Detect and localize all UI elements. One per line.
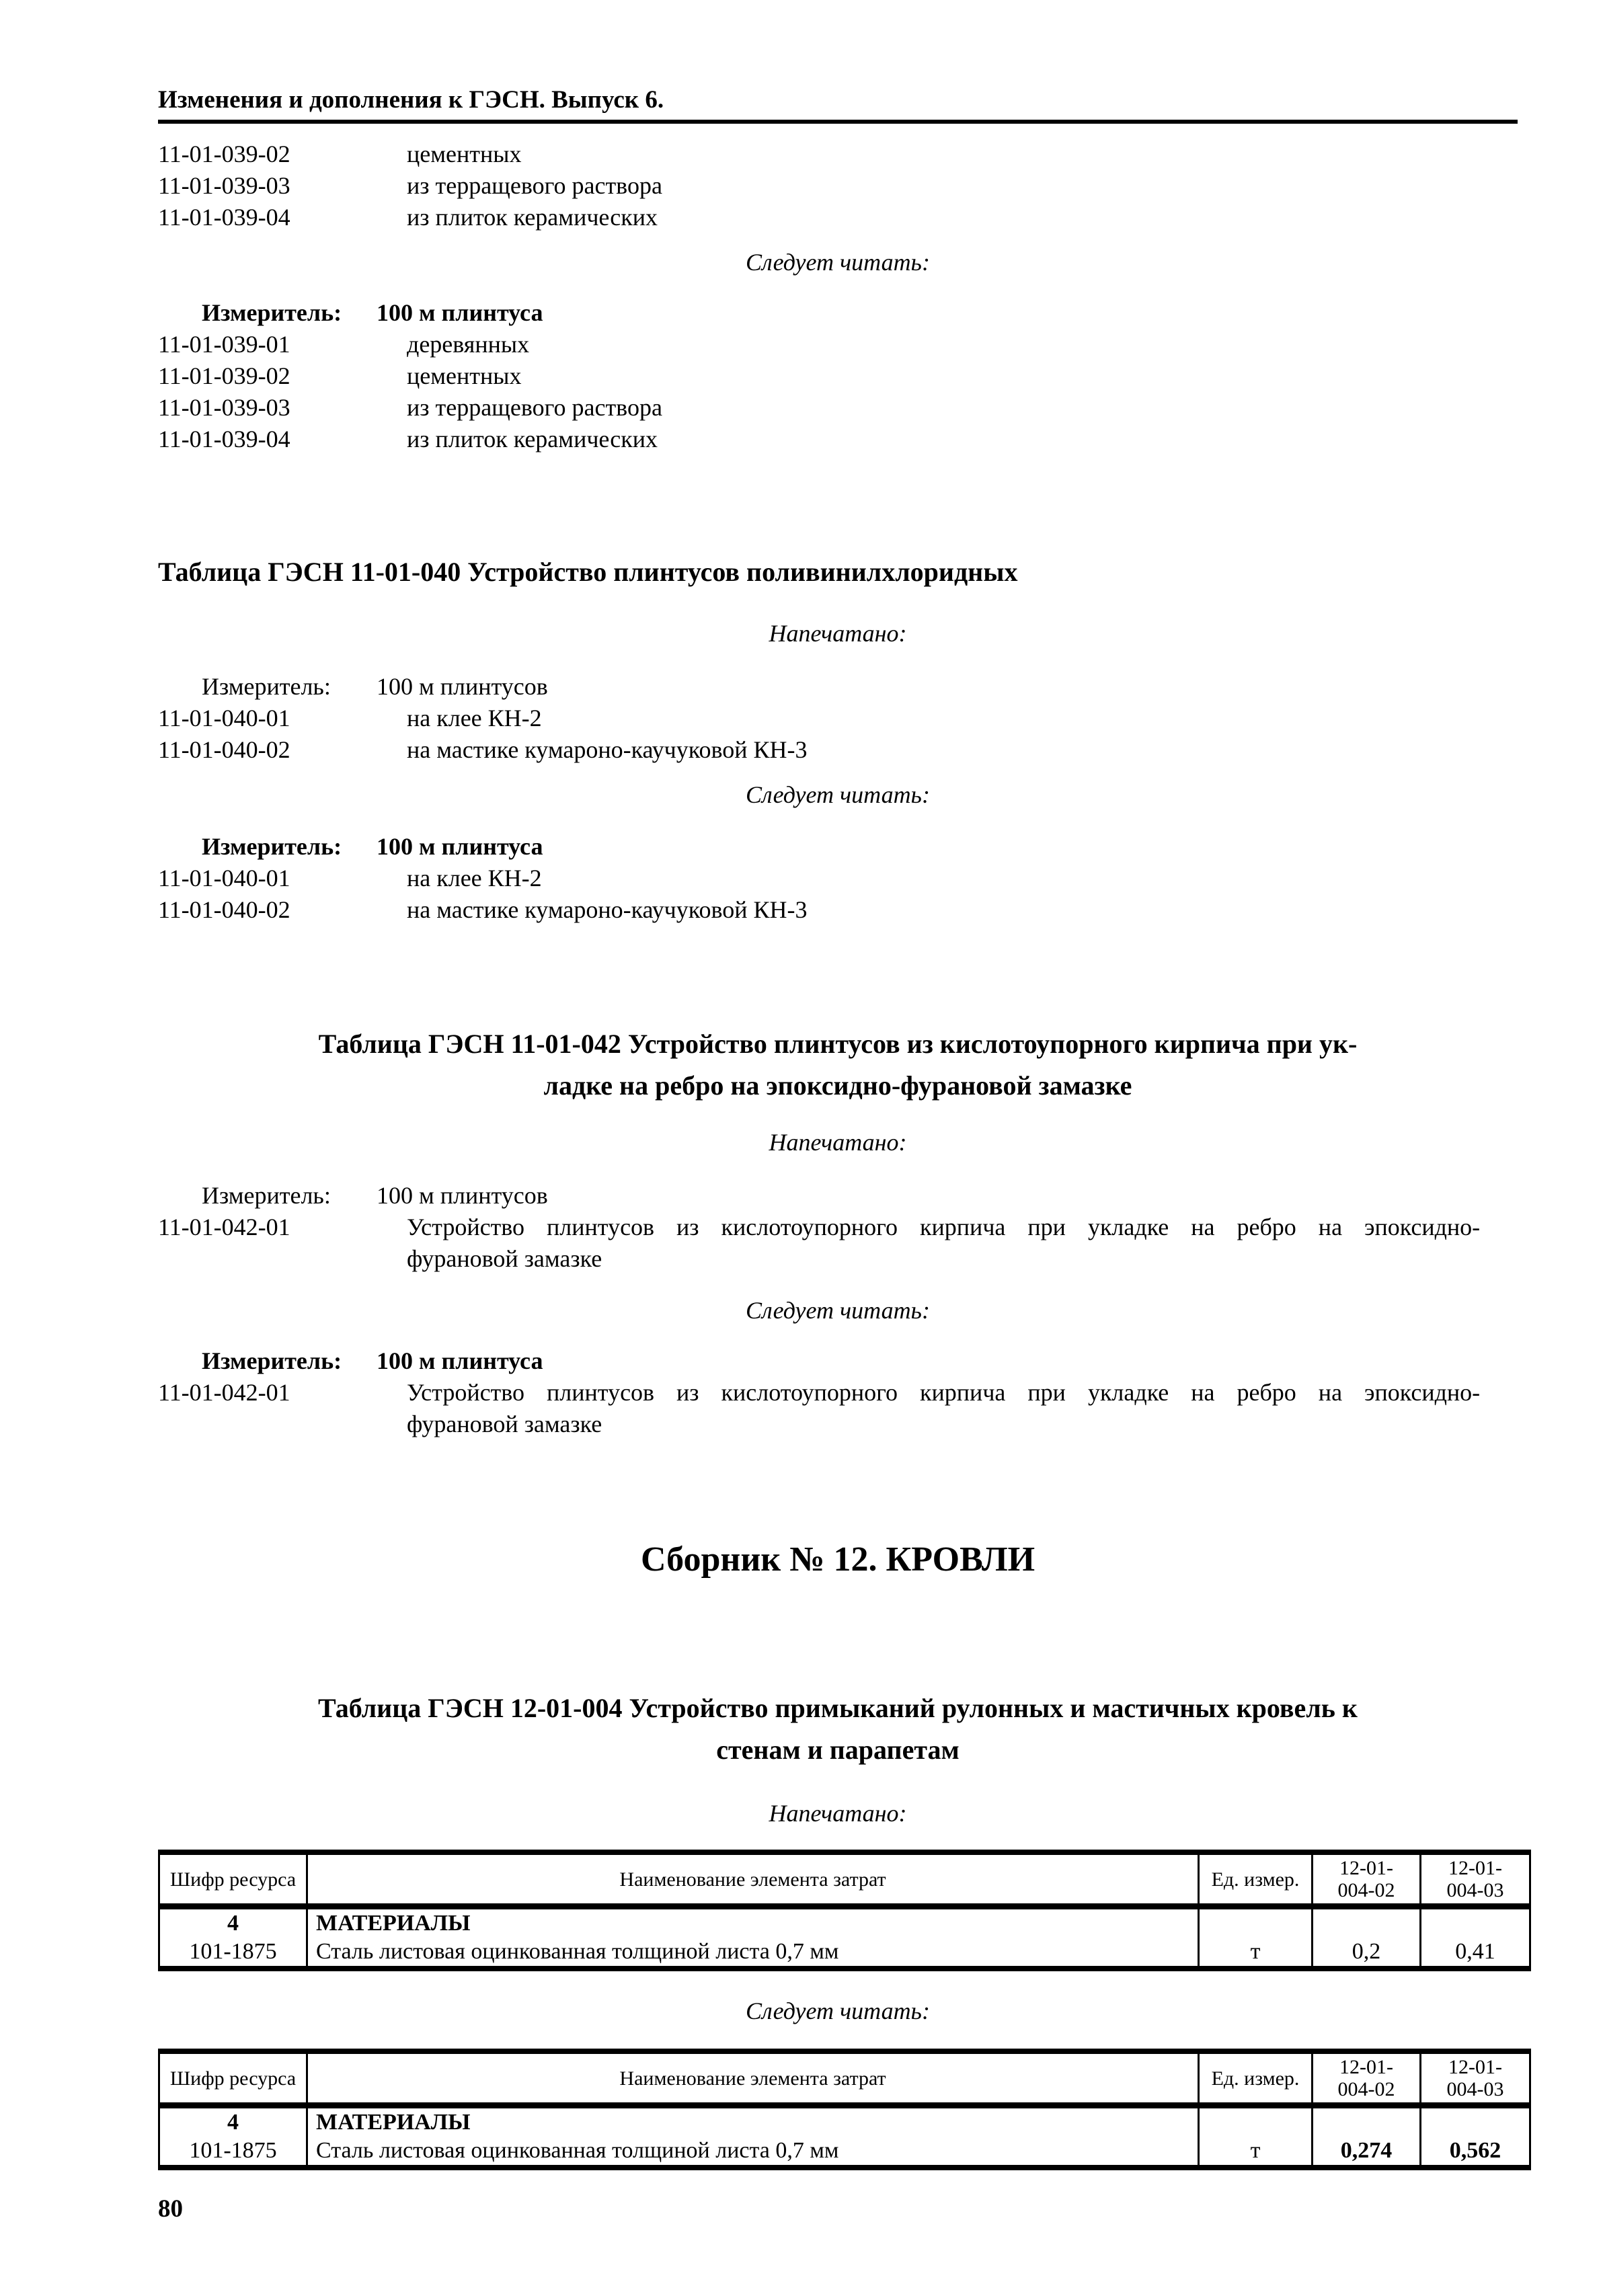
code-row: 11-01-039-04из плиток керамических	[158, 424, 1518, 455]
block-039-printed-tail: 11-01-039-02цементных 11-01-039-03из тер…	[158, 138, 1518, 233]
item-desc-line2: фурановой замазке	[407, 1409, 1518, 1440]
block-040-printed: 11-01-040-01на клее КН-2 11-01-040-02на …	[158, 703, 1518, 766]
meter-label: Измеритель:	[202, 1345, 377, 1377]
cell-resource-code: 101-1875	[159, 1938, 307, 1969]
code-row: 11-01-040-02на мастике кумароно-каучуков…	[158, 894, 1518, 926]
code-value: 11-01-040-02	[158, 734, 407, 766]
cell-resource-code: 4	[159, 2106, 307, 2137]
code-row: 11-01-039-03из терращевого раствора	[158, 392, 1518, 424]
code-desc: цементных	[407, 141, 521, 167]
code-row: 11-01-039-02цементных	[158, 138, 1518, 170]
block-040-corrected: 11-01-040-01на клее КН-2 11-01-040-02на …	[158, 863, 1518, 926]
should-read-label: Следует читать:	[158, 247, 1518, 278]
code-desc: на мастике кумароно-каучуковой КН-3	[407, 736, 807, 763]
cell-unit	[1199, 2106, 1313, 2137]
code-value: 11-01-039-02	[158, 360, 407, 392]
page-header-title: Изменения и дополнения к ГЭСН. Выпуск 6.	[158, 86, 664, 114]
cell-cost-element: МАТЕРИАЛЫ	[307, 1907, 1199, 1938]
code-row: 11-01-039-01деревянных	[158, 329, 1518, 360]
code-row: 11-01-040-01на клее КН-2	[158, 863, 1518, 894]
meter-value: 100 м плинтуса	[377, 299, 543, 326]
col-header-cost-element: Наименование элемента затрат	[307, 1852, 1199, 1907]
code-value: 11-01-039-01	[158, 329, 407, 360]
col-header-resource-code: Шифр ресурса	[159, 2051, 307, 2106]
col-header-cost-element: Наименование элемента затрат	[307, 2051, 1199, 2106]
cell-unit: т	[1199, 2137, 1313, 2168]
code-desc: деревянных	[407, 331, 529, 358]
section-040-title: Таблица ГЭСН 11-01-040 Устройство плинту…	[158, 555, 1518, 590]
code-value: 11-01-039-04	[158, 202, 407, 233]
code-desc: на мастике кумароно-каучуковой КН-3	[407, 896, 807, 923]
document-page: Изменения и дополнения к ГЭСН. Выпуск 6.…	[0, 0, 1603, 2296]
cell-value-004-03	[1421, 2106, 1530, 2137]
cell-value-004-03: 0,41	[1421, 1938, 1530, 1969]
col-header-unit: Ед. измер.	[1199, 1852, 1313, 1907]
code-row: 11-01-040-01на клее КН-2	[158, 703, 1518, 734]
code-value: 11-01-040-02	[158, 894, 407, 926]
section-12-004-title-line1: Таблица ГЭСН 12-01-004 Устройство примык…	[318, 1693, 1358, 1723]
cell-resource-code: 101-1875	[159, 2137, 307, 2168]
section-12-004-title: Таблица ГЭСН 12-01-004 Устройство примык…	[158, 1688, 1518, 1771]
item-desc: Устройство плинтусов из кислотоупорного …	[407, 1377, 1518, 1440]
cell-unit	[1199, 1907, 1313, 1938]
code-value: 11-01-042-01	[158, 1212, 407, 1243]
code-row: 11-01-039-04из плиток керамических	[158, 202, 1518, 233]
cell-cost-element: МАТЕРИАЛЫ	[307, 2106, 1199, 2137]
cell-resource-code: 4	[159, 1907, 307, 1938]
page-header: Изменения и дополнения к ГЭСН. Выпуск 6.	[158, 86, 1518, 124]
cell-value-004-02	[1313, 1907, 1421, 1938]
cell-cost-element: Сталь листовая оцинкованная толщиной лис…	[307, 2137, 1199, 2168]
meter-row-corrected-039: Измеритель:100 м плинтуса	[158, 297, 1518, 329]
meter-value: 100 м плинтусов	[377, 673, 548, 700]
code-value: 11-01-039-03	[158, 392, 407, 424]
col-header-004-02: 12-01- 004-02	[1313, 2051, 1421, 2106]
code-value: 11-01-039-02	[158, 138, 407, 170]
meter-value: 100 м плинтуса	[377, 833, 543, 860]
should-read-label: Следует читать:	[158, 1995, 1518, 2027]
code-desc: из терращевого раствора	[407, 394, 662, 421]
col-header-004-03: 12-01- 004-03	[1421, 2051, 1530, 2106]
code-value: 11-01-042-01	[158, 1377, 407, 1409]
collection-heading: Сборник № 12. КРОВЛИ	[158, 1540, 1518, 1580]
meter-value: 100 м плинтусов	[377, 1182, 548, 1209]
cell-value-004-02: 0,274	[1313, 2137, 1421, 2168]
code-desc: из плиток керамических	[407, 426, 658, 452]
item-row-042-printed: 11-01-042-01Устройство плинтусов из кисл…	[158, 1212, 1518, 1275]
col-header-resource-code: Шифр ресурса	[159, 1852, 307, 1907]
code-desc: из плиток керамических	[407, 204, 658, 231]
item-row-042-corrected: 11-01-042-01Устройство плинтусов из кисл…	[158, 1377, 1518, 1440]
item-desc-line1: Устройство плинтусов из кислотоупорного …	[407, 1212, 1518, 1243]
meter-label: Измеритель:	[202, 831, 377, 863]
col-header-004-02: 12-01- 004-02	[1313, 1852, 1421, 1907]
meter-row-corrected-042: Измеритель:100 м плинтуса	[158, 1345, 1518, 1377]
meter-row-printed-040: Измеритель:100 м плинтусов	[158, 671, 1518, 703]
printed-resource-table: Шифр ресурса Наименование элемента затра…	[158, 1850, 1531, 1971]
table-row: 101-1875 Сталь листовая оцинкованная тол…	[159, 1938, 1530, 1969]
code-row: 11-01-039-02цементных	[158, 360, 1518, 392]
meter-row-printed-042: Измеритель:100 м плинтусов	[158, 1180, 1518, 1212]
col-header-004-03: 12-01- 004-03	[1421, 1852, 1530, 1907]
meter-value: 100 м плинтуса	[377, 1347, 543, 1374]
meter-row-corrected-040: Измеритель:100 м плинтуса	[158, 831, 1518, 863]
table-row: 4 МАТЕРИАЛЫ	[159, 2106, 1530, 2137]
cell-value-004-02: 0,2	[1313, 1938, 1421, 1969]
code-value: 11-01-039-03	[158, 170, 407, 202]
page-number: 80	[158, 2193, 1518, 2225]
code-desc: цементных	[407, 362, 521, 389]
block-039-corrected: 11-01-039-01деревянных 11-01-039-02цемен…	[158, 329, 1518, 455]
cell-value-004-02	[1313, 2106, 1421, 2137]
code-desc: на клее КН-2	[407, 705, 542, 731]
code-desc: из терращевого раствора	[407, 172, 662, 199]
item-desc-line1: Устройство плинтусов из кислотоупорного …	[407, 1377, 1518, 1409]
printed-label: Напечатано:	[158, 1798, 1518, 1829]
table-header: Шифр ресурса Наименование элемента затра…	[159, 1852, 1530, 1907]
section-12-004-title-line2: стенам и парапетам	[716, 1735, 959, 1765]
cell-value-004-03	[1421, 1907, 1530, 1938]
cell-value-004-03: 0,562	[1421, 2137, 1530, 2168]
meter-label: Измеритель:	[202, 671, 377, 703]
section-042-title: Таблица ГЭСН 11-01-042 Устройство плинту…	[158, 1023, 1518, 1107]
section-042-title-line1: Таблица ГЭСН 11-01-042 Устройство плинту…	[319, 1029, 1358, 1059]
printed-label: Напечатано:	[158, 1127, 1518, 1158]
code-value: 11-01-039-04	[158, 424, 407, 455]
code-row: 11-01-039-03из терращевого раствора	[158, 170, 1518, 202]
table-header: Шифр ресурса Наименование элемента затра…	[159, 2051, 1530, 2106]
code-desc: на клее КН-2	[407, 865, 542, 892]
meter-label: Измеритель:	[202, 1180, 377, 1212]
printed-label: Напечатано:	[158, 618, 1518, 649]
code-value: 11-01-040-01	[158, 863, 407, 894]
section-042-title-line2: ладке на ребро на эпоксидно-фурановой за…	[544, 1070, 1132, 1101]
code-row: 11-01-040-02на мастике кумароно-каучуков…	[158, 734, 1518, 766]
table-row: 101-1875 Сталь листовая оцинкованная тол…	[159, 2137, 1530, 2168]
corrected-resource-table: Шифр ресурса Наименование элемента затра…	[158, 2049, 1531, 2170]
item-desc-line2: фурановой замазке	[407, 1243, 1518, 1275]
code-value: 11-01-040-01	[158, 703, 407, 734]
cell-cost-element: Сталь листовая оцинкованная толщиной лис…	[307, 1938, 1199, 1969]
cell-unit: т	[1199, 1938, 1313, 1969]
should-read-label: Следует читать:	[158, 1295, 1518, 1327]
meter-label: Измеритель:	[202, 297, 377, 329]
should-read-label: Следует читать:	[158, 779, 1518, 811]
col-header-unit: Ед. измер.	[1199, 2051, 1313, 2106]
table-row: 4 МАТЕРИАЛЫ	[159, 1907, 1530, 1938]
item-desc: Устройство плинтусов из кислотоупорного …	[407, 1212, 1518, 1275]
